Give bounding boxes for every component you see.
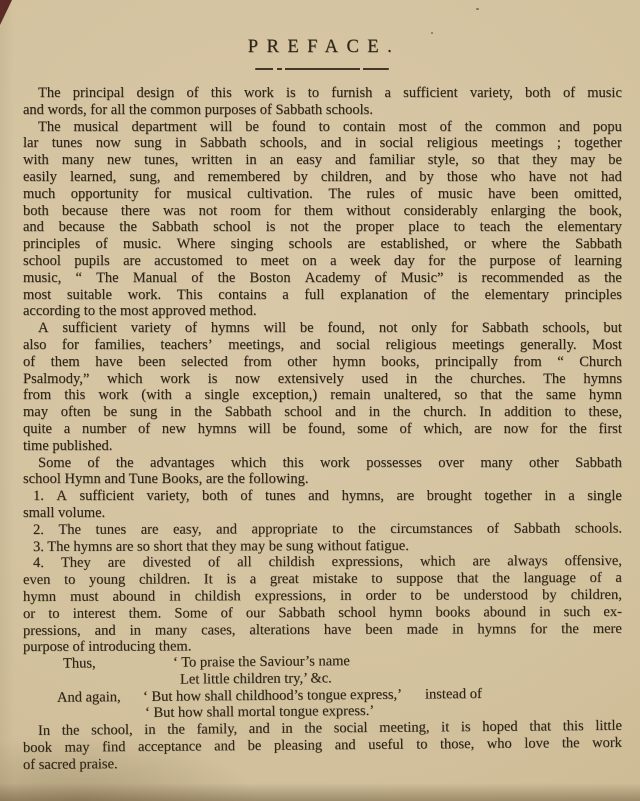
preface-text-block: Theprincipaldesignofthisworkistofurnisha… <box>23 85 622 774</box>
text-line: Someoftheadvantageswhichthisworkpossesse… <box>23 455 622 472</box>
page-title: PREFACE. <box>0 37 640 58</box>
text-line: alsoforfamilies,teachers’meetings,andsoc… <box>23 337 622 354</box>
text-line: schoolpupilsareaccustomedtomeetonaweekda… <box>23 253 622 270</box>
quote-attribution: And again, <box>57 689 121 706</box>
quote-suffix: instead of <box>425 686 482 703</box>
text-line: time published. <box>23 438 622 455</box>
text-line: mostsuitablework.Thiscontainsafullexplan… <box>23 287 622 304</box>
text-line: eventoyoungchildren.Itisagreatmistaketos… <box>23 570 622 589</box>
text-line: Themusicaldepartmentwillbefoundtocontain… <box>23 119 622 136</box>
text-line: ofthemhavebeenselectedfromotherhymnbooks… <box>23 354 622 371</box>
paper-speck <box>476 8 479 10</box>
text-line: school Hymn and Tune Books, are the foll… <box>23 471 622 488</box>
text-line: small volume. <box>23 505 622 522</box>
text-line: according to the most approved method. <box>23 303 622 320</box>
text-line: muchopportunityformusicalcultivation.The… <box>23 186 622 203</box>
text-line: quiteanumberofnewhymnswillbefound,someof… <box>23 421 622 438</box>
text-line: mayoftenbesungintheSabbathschoolandinthe… <box>23 404 622 421</box>
text-line: and words, for all the common purposes o… <box>23 102 622 119</box>
text-line: lartunesnowsunginSabbathschools,andinsoc… <box>23 135 622 152</box>
text-line: easilylearned,sung,andrememberedbychildr… <box>23 169 622 186</box>
text-line: bothbecausetherewasnotroomforthemwithout… <box>23 203 622 220</box>
quote-text: Let little children try,’ &c. <box>180 670 332 688</box>
text-line: fromthiswork(withasingleexception,)remai… <box>23 387 622 404</box>
text-line: andbecausetheSabbathschoolisnottheproper… <box>23 219 622 236</box>
scanned-book-page: PREFACE. Theprincipaldesignofthisworkist… <box>0 0 640 801</box>
text-line: hymnmustaboundinchildishexpressions,inor… <box>23 587 622 606</box>
text-line: 2.Thetunesareeasy,andappropriatetothecir… <box>23 520 622 538</box>
text-line: 1.Asufficientvariety,bothoftunesandhymns… <box>23 488 622 505</box>
text-line: withmanynewtunes,writteninaneasyandfamil… <box>23 152 622 169</box>
text-line: principlesofmusic.Wheresingingschoolsare… <box>23 236 622 253</box>
text-line: ortointerestthem.SomeofourSabbathschoolh… <box>23 604 622 623</box>
quote-text: ‘ To praise the Saviour’s name <box>173 653 350 671</box>
text-line: Psalmody,”whichworkisnowextensivelyusedi… <box>23 371 622 388</box>
text-line: Asufficientvarietyofhymnswillbefound,not… <box>23 320 622 337</box>
quote-attribution: Thus, <box>63 655 96 672</box>
paper-speck <box>431 32 433 34</box>
title-rule <box>255 68 389 70</box>
text-line: Theprincipaldesignofthisworkistofurnisha… <box>23 85 622 102</box>
page-corner-mark <box>0 0 12 25</box>
text-line: music,“TheManualoftheBostonAcademyofMusi… <box>23 270 622 287</box>
